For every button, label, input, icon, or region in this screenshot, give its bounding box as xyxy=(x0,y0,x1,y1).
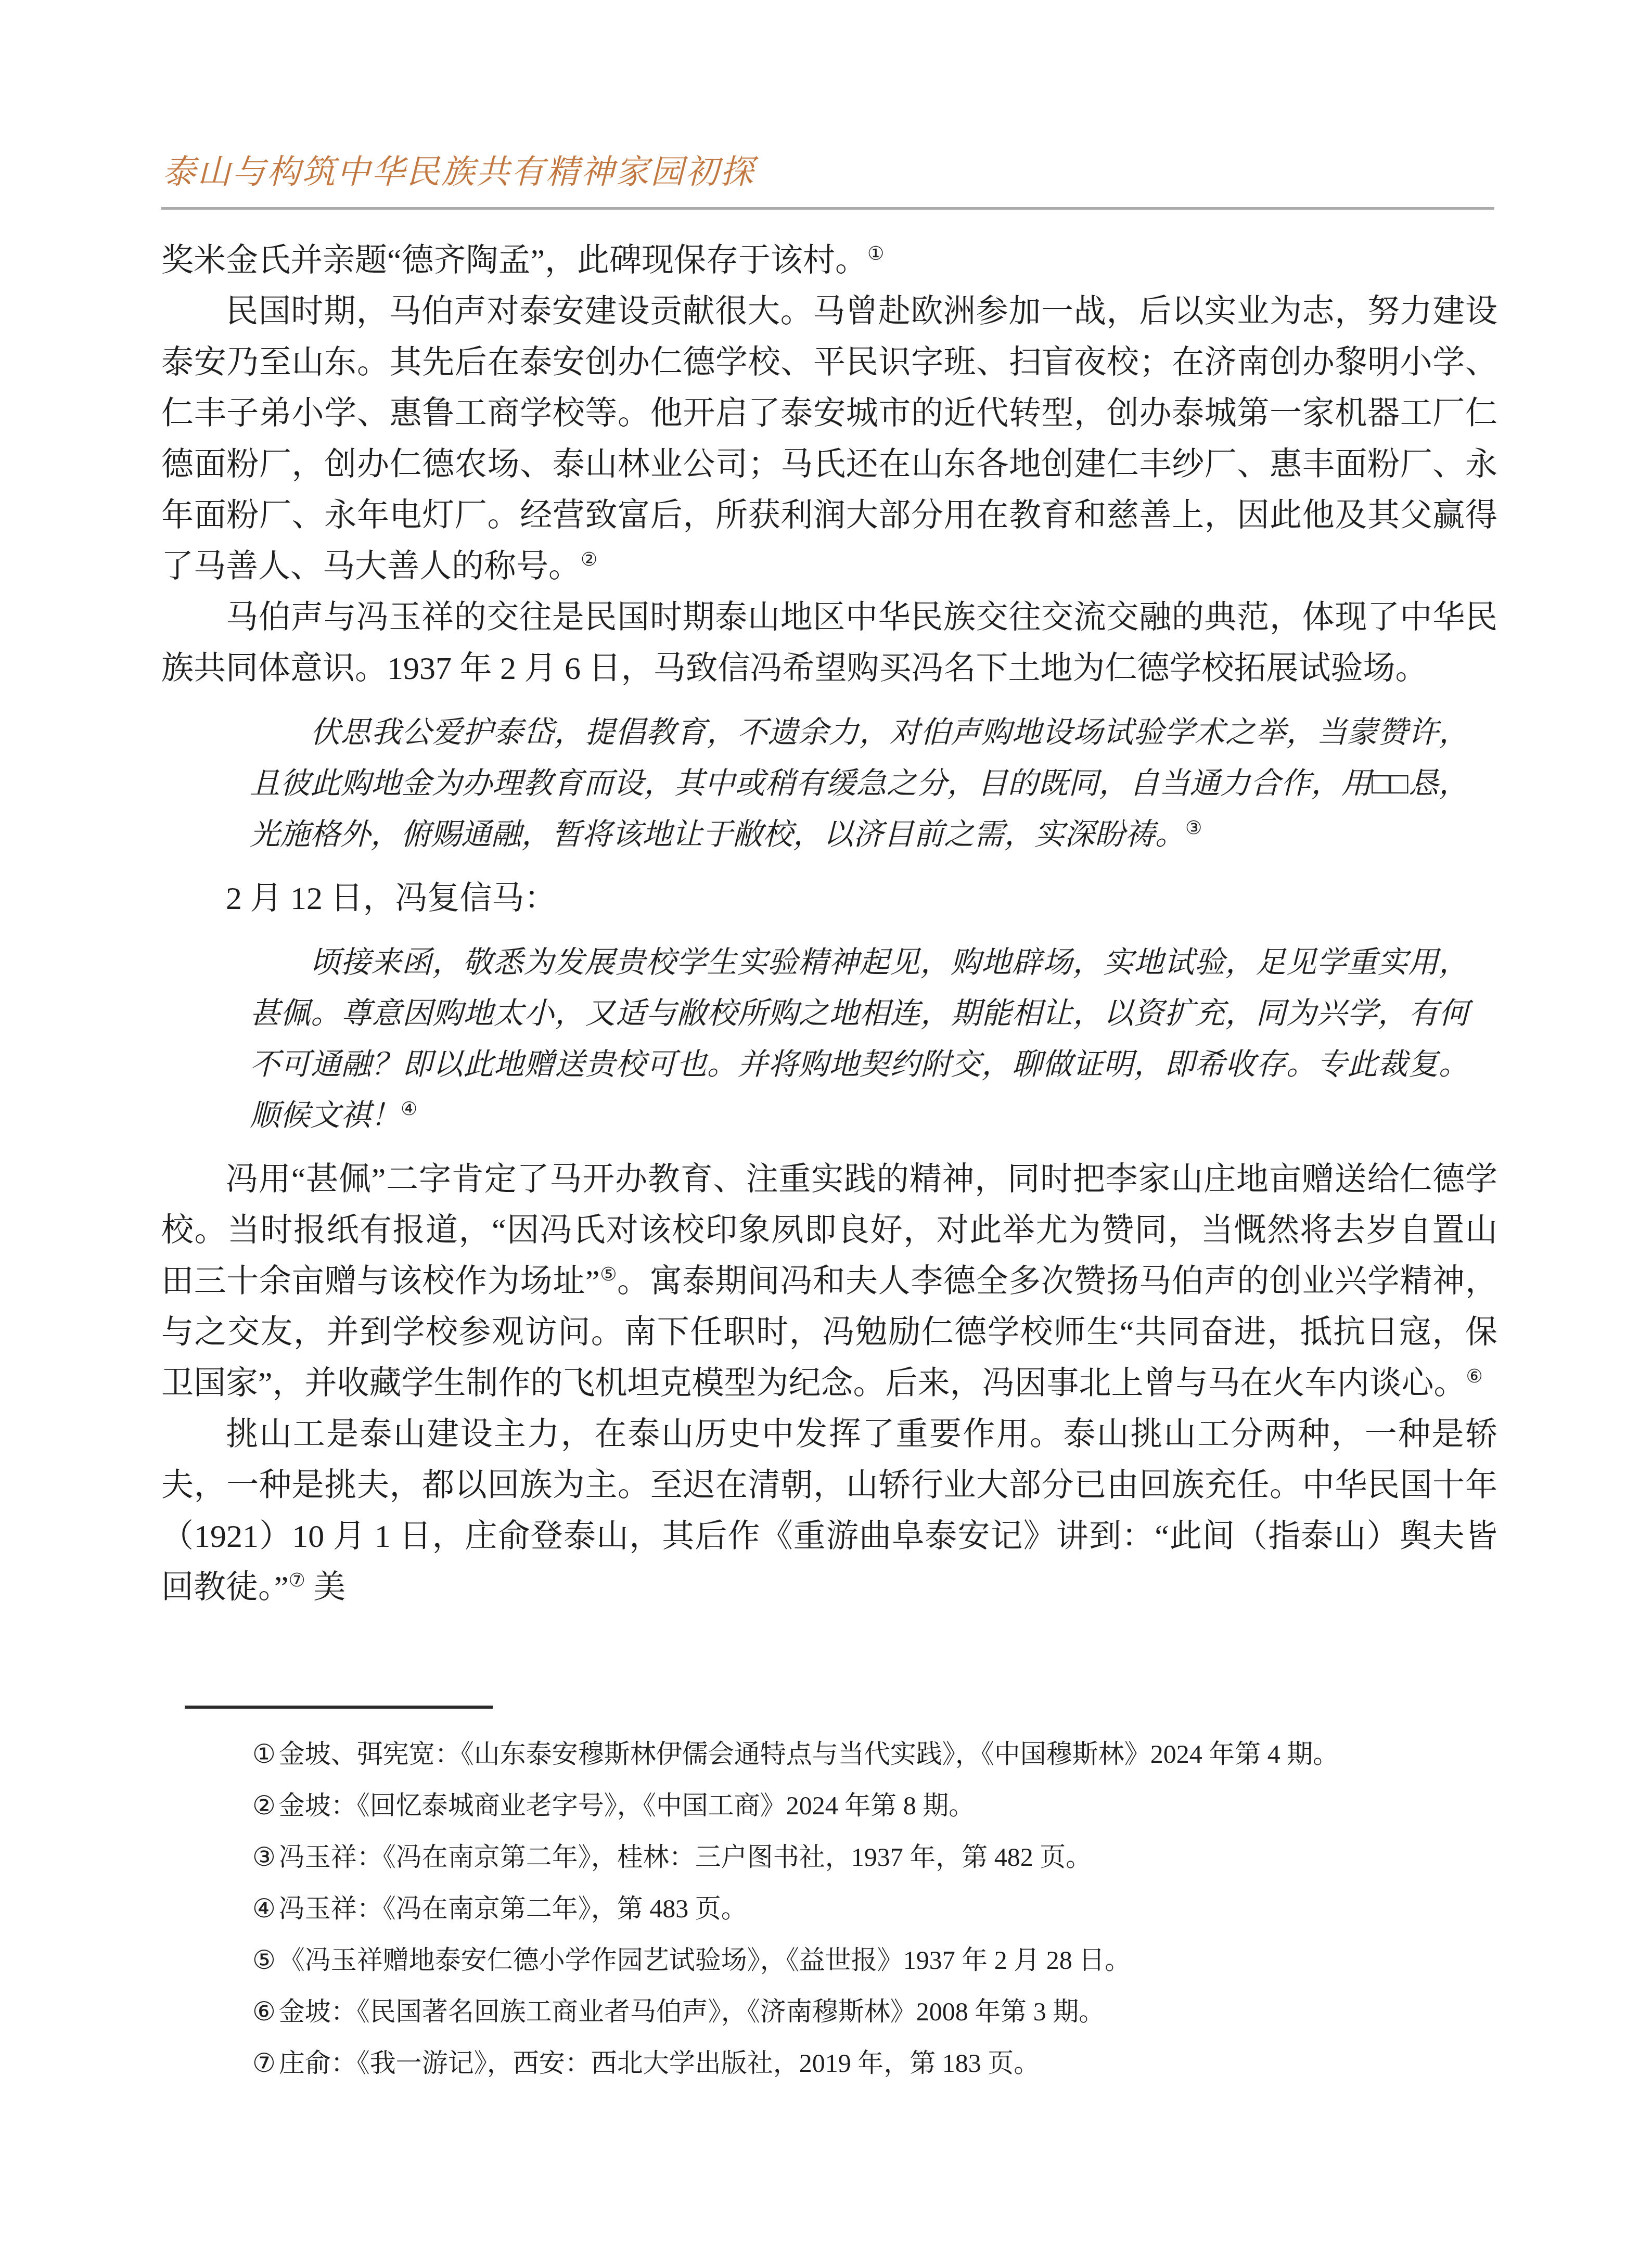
footnote: ⑦庄俞：《我一游记》，西安：西北大学出版社，2019 年，第 183 页。 xyxy=(161,2038,1497,2089)
paragraph: 民国时期，马伯声对泰安建设贡献很大。马曾赴欧洲参加一战，后以实业为志，努力建设泰… xyxy=(161,286,1497,592)
footnote-ref: ⑦ xyxy=(289,1570,305,1591)
paragraph: 冯用“甚佩”二字肯定了马开办教育、注重实践的精神，同时把李家山庄地亩赠送给仁德学… xyxy=(161,1154,1497,1409)
footnote-marker: ④ xyxy=(252,1894,276,1923)
footnote-text: 金坡：《回忆泰城商业老字号》，《中国工商》2024 年第 8 期。 xyxy=(279,1791,975,1820)
footnote-marker: ① xyxy=(252,1739,276,1769)
footnote-marker: ⑥ xyxy=(252,1997,276,2026)
footnote-divider xyxy=(185,1706,493,1709)
letter-quote: 顷接来函，敬悉为发展贵校学生实验精神起见，购地辟场，实地试验，足见学重实用，甚佩… xyxy=(250,937,1469,1141)
footnote-text: 金坡：《民国著名回族工商业者马伯声》，《济南穆斯林》2008 年第 3 期。 xyxy=(279,1997,1105,2026)
running-header-title: 泰山与构筑中华民族共有精神家园初探 xyxy=(162,153,755,191)
footnote-marker: ⑤ xyxy=(252,1945,276,1975)
letter-quote: 伏思我公爱护泰岱，提倡教育，不遗余力，对伯声购地设场试验学术之举，当蒙赞许，且彼… xyxy=(250,707,1469,860)
paragraph-text: 马伯声与冯玉祥的交往是民国时期泰山地区中华民族交往交流交融的典范，体现了中华民族… xyxy=(161,600,1497,686)
article-body: 奖米金氏并亲题“德齐陶孟”，此碑现保存于该村。① 民国时期，马伯声对泰安建设贡献… xyxy=(161,235,1497,1613)
paragraph-text: 奖米金氏并亲题“德齐陶孟”，此碑现保存于该村。 xyxy=(161,243,867,278)
footnote: ⑥金坡：《民国著名回族工商业者马伯声》，《济南穆斯林》2008 年第 3 期。 xyxy=(161,1986,1497,2038)
footnote-text: 冯玉祥：《冯在南京第二年》，第 483 页。 xyxy=(279,1894,747,1923)
document-page: 泰山与构筑中华民族共有精神家园初探 奖米金氏并亲题“德齐陶孟”，此碑现保存于该村… xyxy=(0,0,1652,2242)
footnote-ref: ⑤ xyxy=(599,1264,617,1285)
quote-text: 顷接来函，敬悉为发展贵校学生实验精神起见，购地辟场，实地试验，足见学重实用，甚佩… xyxy=(250,945,1469,1132)
footnote-ref: ③ xyxy=(1185,817,1202,838)
footnote-text: 《冯玉祥赠地泰安仁德小学作园艺试验场》，《益世报》1937 年 2 月 28 日… xyxy=(279,1945,1131,1975)
paragraph: 2 月 12 日，冯复信马： xyxy=(161,873,1497,924)
footnote-text: 金坡、弭宪宽：《山东泰安穆斯林伊儒会通特点与当代实践》，《中国穆斯林》2024 … xyxy=(279,1739,1339,1769)
header-divider xyxy=(161,207,1494,210)
paragraph-text: 美 xyxy=(305,1570,346,1605)
footnote-ref: ① xyxy=(867,243,884,264)
paragraph-text: 挑山工是泰山建设主力，在泰山历史中发挥了重要作用。泰山挑山工分两种，一种是轿夫，… xyxy=(161,1417,1497,1605)
paragraph-text: 2 月 12 日，冯复信马： xyxy=(226,881,557,916)
paragraph: 马伯声与冯玉祥的交往是民国时期泰山地区中华民族交往交流交融的典范，体现了中华民族… xyxy=(161,592,1497,694)
paragraph: 挑山工是泰山建设主力，在泰山历史中发挥了重要作用。泰山挑山工分两种，一种是轿夫，… xyxy=(161,1409,1497,1613)
footnote: ④冯玉祥：《冯在南京第二年》，第 483 页。 xyxy=(161,1883,1497,1934)
paragraph: 奖米金氏并亲题“德齐陶孟”，此碑现保存于该村。① xyxy=(161,235,1497,286)
footnote-marker: ③ xyxy=(252,1842,276,1872)
footnote: ③冯玉祥：《冯在南京第二年》，桂林：三户图书社，1937 年，第 482 页。 xyxy=(161,1831,1497,1883)
footnote: ②金坡：《回忆泰城商业老字号》，《中国工商》2024 年第 8 期。 xyxy=(161,1780,1497,1831)
footnote-ref: ④ xyxy=(401,1098,417,1119)
footnote-text: 庄俞：《我一游记》，西安：西北大学出版社，2019 年，第 183 页。 xyxy=(279,2048,1040,2078)
footnote: ⑤《冯玉祥赠地泰安仁德小学作园艺试验场》，《益世报》1937 年 2 月 28 … xyxy=(161,1934,1497,1986)
footnote: ①金坡、弭宪宽：《山东泰安穆斯林伊儒会通特点与当代实践》，《中国穆斯林》2024… xyxy=(161,1728,1497,1780)
paragraph-text: 民国时期，马伯声对泰安建设贡献很大。马曾赴欧洲参加一战，后以实业为志，努力建设泰… xyxy=(161,294,1497,584)
footnotes-section: ①金坡、弭宪宽：《山东泰安穆斯林伊儒会通特点与当代实践》，《中国穆斯林》2024… xyxy=(161,1728,1497,2089)
footnote-marker: ② xyxy=(252,1791,276,1820)
quote-text: 伏思我公爱护泰岱，提倡教育，不遗余力，对伯声购地设场试验学术之举，当蒙赞许，且彼… xyxy=(250,715,1469,851)
footnote-text: 冯玉祥：《冯在南京第二年》，桂林：三户图书社，1937 年，第 482 页。 xyxy=(279,1842,1092,1872)
footnote-ref: ⑥ xyxy=(1466,1366,1483,1387)
footnote-ref: ② xyxy=(581,549,597,570)
footnote-marker: ⑦ xyxy=(252,2048,276,2078)
